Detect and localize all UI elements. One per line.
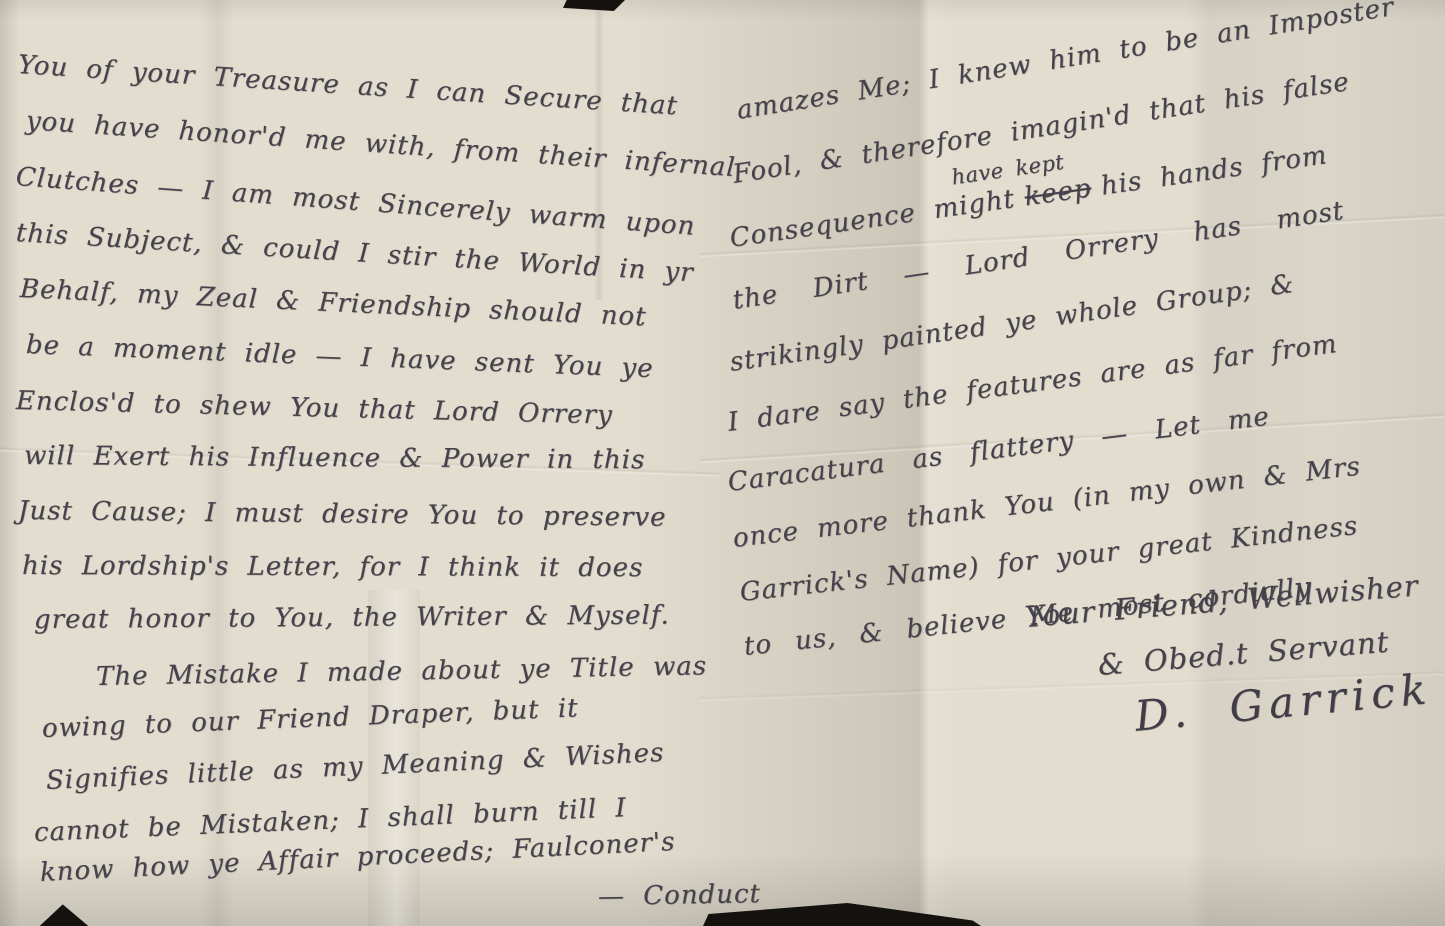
letter-line: — Conduct [598,879,761,912]
letter-photograph: You of your Treasure as I can Secure tha… [0,0,1445,926]
letter-line: great honor to You, the Writer & Myself. [34,601,670,635]
letter-line: will Exert his Influence & Power in this [24,441,646,475]
letter-line: his Lordship's Letter, for I think it do… [22,551,643,583]
